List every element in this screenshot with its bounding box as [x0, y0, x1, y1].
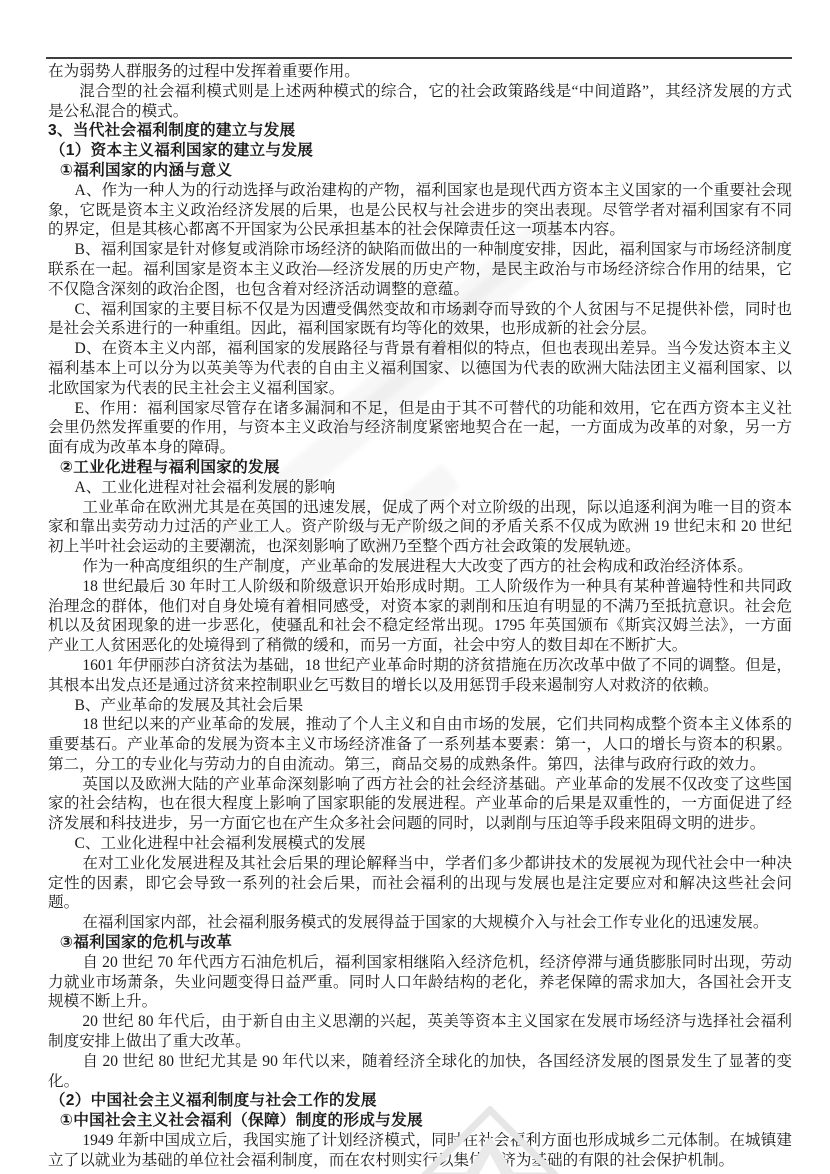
- paragraph: E、作用：福利国家尽管存在诸多漏洞和不足，但是由于其不可替代的功能和效用，它在西…: [48, 399, 792, 458]
- paragraph: 在福利国家内部，社会福利服务模式的发展得益于国家的大规模介入与社会工作专业化的迅…: [48, 913, 792, 933]
- paragraph: C、工业化进程中社会福利发展模式的发展: [48, 834, 792, 854]
- paragraph: 混合型的社会福利模式则是上述两种模式的综合，它的社会政策路线是“中间道路”，其经…: [48, 82, 792, 122]
- paragraph: 20 世纪 80 年代后，由于新自由主义思潮的兴起，英美等资本主义国家在发展市场…: [48, 1012, 792, 1052]
- paragraph: 18 世纪以来的产业革命的发展，推动了个人主义和自由市场的发展，它们共同构成整个…: [48, 715, 792, 774]
- heading: （1）资本主义福利国家的建立与发展: [48, 141, 792, 161]
- paragraph: 在为弱势人群服务的过程中发挥着重要作用。: [48, 62, 792, 82]
- paragraph: 英国以及欧洲大陆的产业革命深刻影响了西方社会的社会经济基础。产业革命的发展不仅改…: [48, 775, 792, 834]
- paragraph: 18 世纪最后 30 年时工人阶级和阶级意识开始形成时期。工人阶级作为一种具有某…: [48, 577, 792, 656]
- document-body: 在为弱势人群服务的过程中发挥着重要作用。混合型的社会福利模式则是上述两种模式的综…: [48, 62, 792, 1171]
- heading: ①中国社会主义社会福利（保障）制度的形成与发展: [48, 1111, 792, 1131]
- paragraph: 在对工业化发展进程及其社会后果的理论解释当中，学者们多少都讲技术的发展视为现代社…: [48, 854, 792, 913]
- heading: ①福利国家的内涵与意义: [48, 161, 792, 181]
- paragraph: 1949 年新中国成立后，我国实施了计划经济模式，同时在社会福利方面也形成城乡二…: [48, 1131, 792, 1171]
- paragraph: 工业革命在欧洲尤其是在英国的迅速发展，促成了两个对立阶级的出现，际以追逐利润为唯…: [48, 498, 792, 557]
- paragraph: B、产业革命的发展及其社会后果: [48, 696, 792, 716]
- paragraph: C、福利国家的主要目标不仅是为因遭受偶然变故和市场剥夺而导致的个人贫困与不足提供…: [48, 300, 792, 340]
- heading: 3、当代社会福利制度的建立与发展: [48, 121, 792, 141]
- paragraph: 作为一种高度组织的生产制度，产业革命的发展进程大大改变了西方的社会构成和政治经济…: [48, 557, 792, 577]
- paragraph: 自 20 世纪 80 世纪尤其是 90 年代以来，随着经济全球化的加快，各国经济…: [48, 1052, 792, 1092]
- document-page: 在为弱势人群服务的过程中发挥着重要作用。混合型的社会福利模式则是上述两种模式的综…: [0, 0, 830, 1174]
- heading: （2）中国社会主义福利制度与社会工作的发展: [48, 1091, 792, 1111]
- paragraph: 自 20 世纪 70 年代西方石油危机后，福利国家相继陷入经济危机，经济停滞与通…: [48, 953, 792, 1012]
- heading: ②工业化进程与福利国家的发展: [48, 458, 792, 478]
- paragraph: 1601 年伊丽莎白济贫法为基础，18 世纪产业革命时期的济贫措施在历次改革中做…: [48, 656, 792, 696]
- header-rule: [46, 57, 792, 59]
- paragraph: D、在资本主义内部，福利国家的发展路径与背景有着相似的特点，但也表现出差异。当今…: [48, 339, 792, 398]
- paragraph: A、作为一种人为的行动选择与政治建构的产物，福利国家也是现代西方资本主义国家的一…: [48, 181, 792, 240]
- paragraph: B、福利国家是针对修复或消除市场经济的缺陷而做出的一种制度安排，因此，福利国家与…: [48, 240, 792, 299]
- paragraph: A、工业化进程对社会福利发展的影响: [48, 478, 792, 498]
- heading: ③福利国家的危机与改革: [48, 933, 792, 953]
